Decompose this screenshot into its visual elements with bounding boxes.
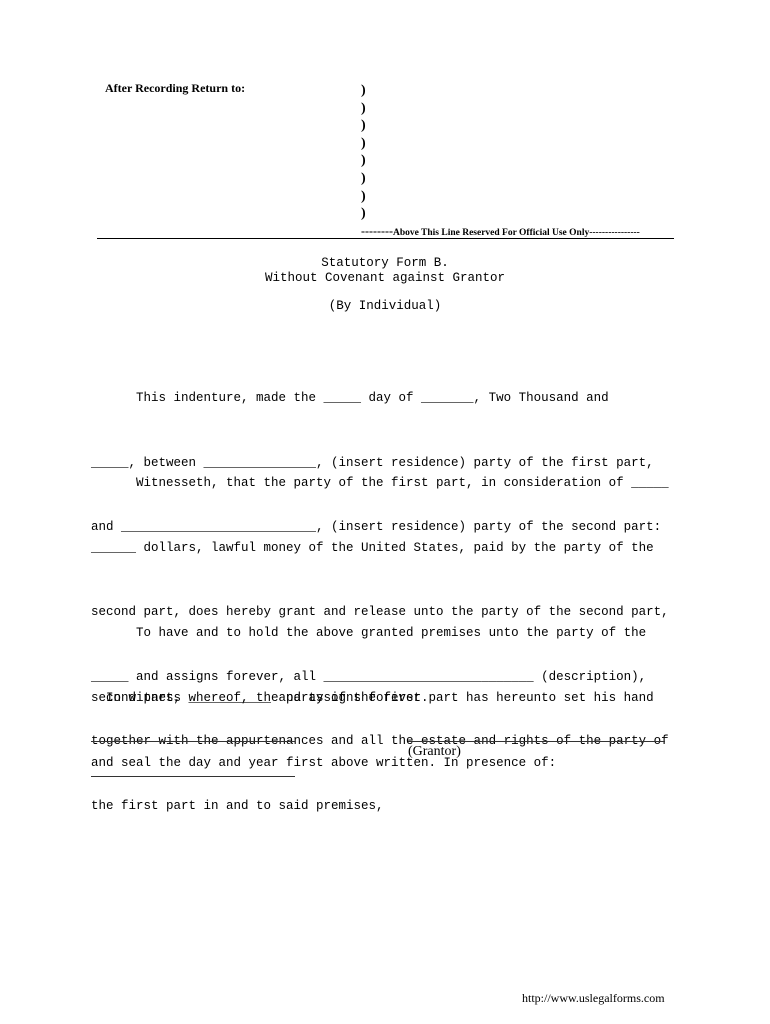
paragraph-line: the first part in and to said premises, xyxy=(91,796,691,818)
paragraph-line: This indenture, made the _____ day of __… xyxy=(91,388,691,410)
form-subtitle: Without Covenant against Grantor xyxy=(0,270,770,286)
grantor-signature-line xyxy=(408,741,665,742)
paragraph-line: In witness whereof, the party of the fir… xyxy=(91,688,691,710)
form-type: (By Individual) xyxy=(0,298,770,314)
bracket-paren: ) xyxy=(361,170,366,188)
grantor-label: (Grantor) xyxy=(408,744,461,760)
paragraph-line: Witnesseth, that the party of the first … xyxy=(91,473,691,495)
form-title: Statutory Form B. xyxy=(0,255,770,271)
official-use-divider xyxy=(97,238,674,239)
in-witness-paragraph: In witness whereof, the party of the fir… xyxy=(91,645,691,796)
bracket-paren: ) xyxy=(361,100,366,118)
paragraph-line: and seal the day and year first above wr… xyxy=(91,753,691,775)
dash-leader-right: ---------------- xyxy=(589,228,640,238)
paragraph-line: ______ dollars, lawful money of the Unit… xyxy=(91,538,691,560)
bracket-paren: ) xyxy=(361,188,366,206)
official-use-text: Above This Line Reserved For Official Us… xyxy=(393,228,589,238)
bracket-paren: ) xyxy=(361,82,366,100)
return-address-label: After Recording Return to: xyxy=(105,81,245,96)
paragraph-line: To have and to hold the above granted pr… xyxy=(91,623,691,645)
witness-signature-line-2 xyxy=(91,776,295,777)
official-use-notice: --------Above This Line Reserved For Off… xyxy=(361,224,640,239)
bracket-paren: ) xyxy=(361,117,366,135)
footer-url: http://www.uslegalforms.com xyxy=(522,991,665,1006)
dash-leader-left: -------- xyxy=(361,224,393,238)
bracket-paren: ) xyxy=(361,135,366,153)
return-address-bracket: ) ) ) ) ) ) ) ) xyxy=(361,82,366,223)
witness-signature-line-1 xyxy=(91,741,295,742)
bracket-paren: ) xyxy=(361,205,366,223)
bracket-paren: ) xyxy=(361,152,366,170)
